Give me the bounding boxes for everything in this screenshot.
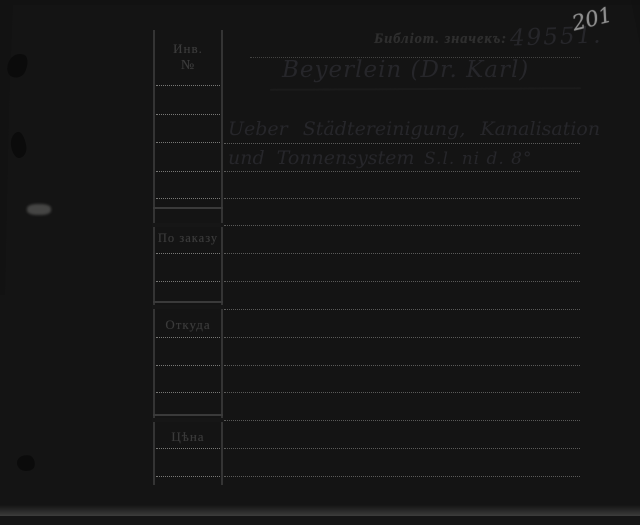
dotted-rule [156, 253, 220, 254]
dotted-rule [224, 225, 580, 226]
label-origin: Откуда [154, 317, 222, 333]
dotted-rule [156, 171, 220, 172]
scanned-catalog-card-photo: { "colors": { "paper": "#d8d8d6", "ink":… [0, 0, 640, 525]
section-divider-thick [152, 223, 224, 227]
author-name: Beyerlein (Dr. Karl) [282, 57, 529, 83]
imprint-collation: S.l. ni d. 8° [424, 149, 532, 169]
photo-edge-top [0, 0, 640, 5]
dotted-rule [224, 253, 580, 254]
pencil-smudge [27, 204, 51, 215]
dotted-rule [156, 476, 220, 477]
label-inventory-no-symbol: № [154, 58, 222, 74]
section-divider [153, 414, 223, 416]
label-inventory-no: Инв. [154, 41, 222, 57]
dotted-rule [156, 365, 220, 366]
dotted-rule [224, 337, 580, 338]
dotted-rule [224, 392, 580, 393]
photo-edge-bottom [0, 516, 640, 525]
dotted-rule [224, 143, 580, 144]
dotted-rule [156, 85, 220, 86]
dotted-rule [224, 281, 580, 282]
section-divider [153, 301, 223, 303]
dotted-rule [156, 198, 220, 199]
dotted-rule [224, 476, 580, 477]
dotted-rule [224, 365, 580, 366]
dotted-rule [156, 337, 220, 338]
library-mark-label: Библіот. значекъ: [374, 31, 507, 48]
title-line-2: und Tonnensystem [228, 147, 414, 169]
dotted-rule [224, 198, 580, 199]
section-divider-thick [152, 418, 224, 422]
title-line-1: Ueber Städtereinigung, Kanalisation [228, 118, 600, 140]
dotted-rule [156, 281, 220, 282]
section-divider-thick [152, 305, 224, 309]
dotted-rule [224, 171, 580, 172]
dotted-rule [224, 309, 580, 310]
label-by-order: По заказу [154, 231, 222, 246]
dotted-rule [156, 142, 220, 143]
dotted-rule [156, 114, 220, 115]
dotted-rule [224, 420, 580, 421]
paper-bottom-shadow [0, 505, 640, 516]
dotted-rule [224, 448, 580, 449]
label-price: Цѣна [154, 429, 222, 445]
dotted-rule [156, 448, 220, 449]
section-divider [153, 207, 223, 209]
dotted-rule [156, 392, 220, 393]
column-right-line [221, 30, 223, 485]
column-left-line [153, 30, 155, 485]
